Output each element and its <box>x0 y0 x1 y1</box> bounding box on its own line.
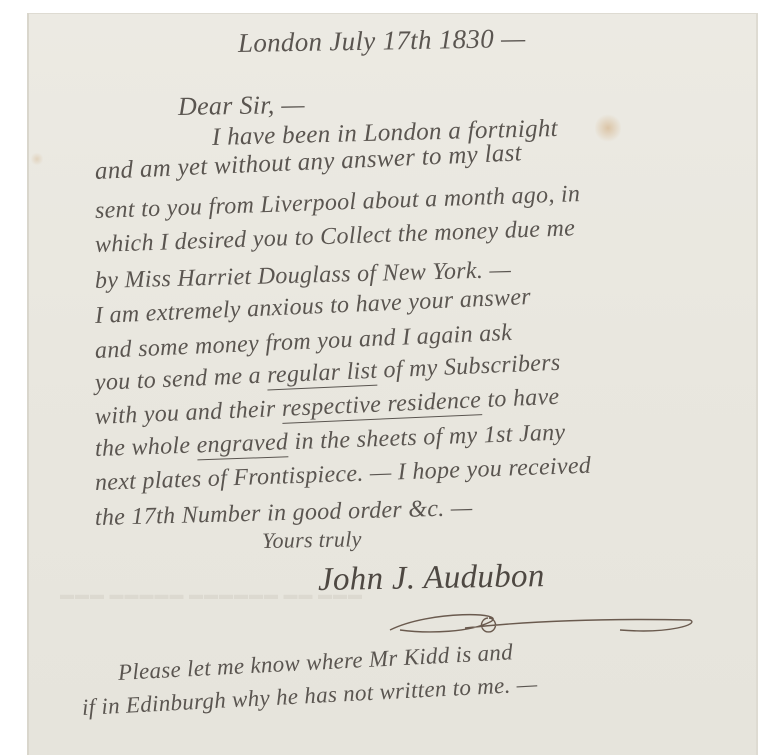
underlined-regular-list: regular list <box>267 358 378 391</box>
foxing-stain <box>595 113 621 143</box>
dateline: London July 17th 1830 — <box>238 23 526 59</box>
body-line-9-b: to have <box>487 384 560 413</box>
body-line-10-a: the whole <box>95 433 191 462</box>
closing: Yours truly <box>262 526 362 554</box>
underlined-engraved: engraved <box>196 429 289 460</box>
faint-show-through: ▬▬▬ ▬▬▬▬▬ ▬▬▬▬▬▬ ▬▬ ▬▬▬ <box>60 588 363 604</box>
salutation: Dear Sir, — <box>178 90 305 122</box>
foxing-stain-small <box>31 152 43 166</box>
signature-flourish <box>370 600 710 640</box>
